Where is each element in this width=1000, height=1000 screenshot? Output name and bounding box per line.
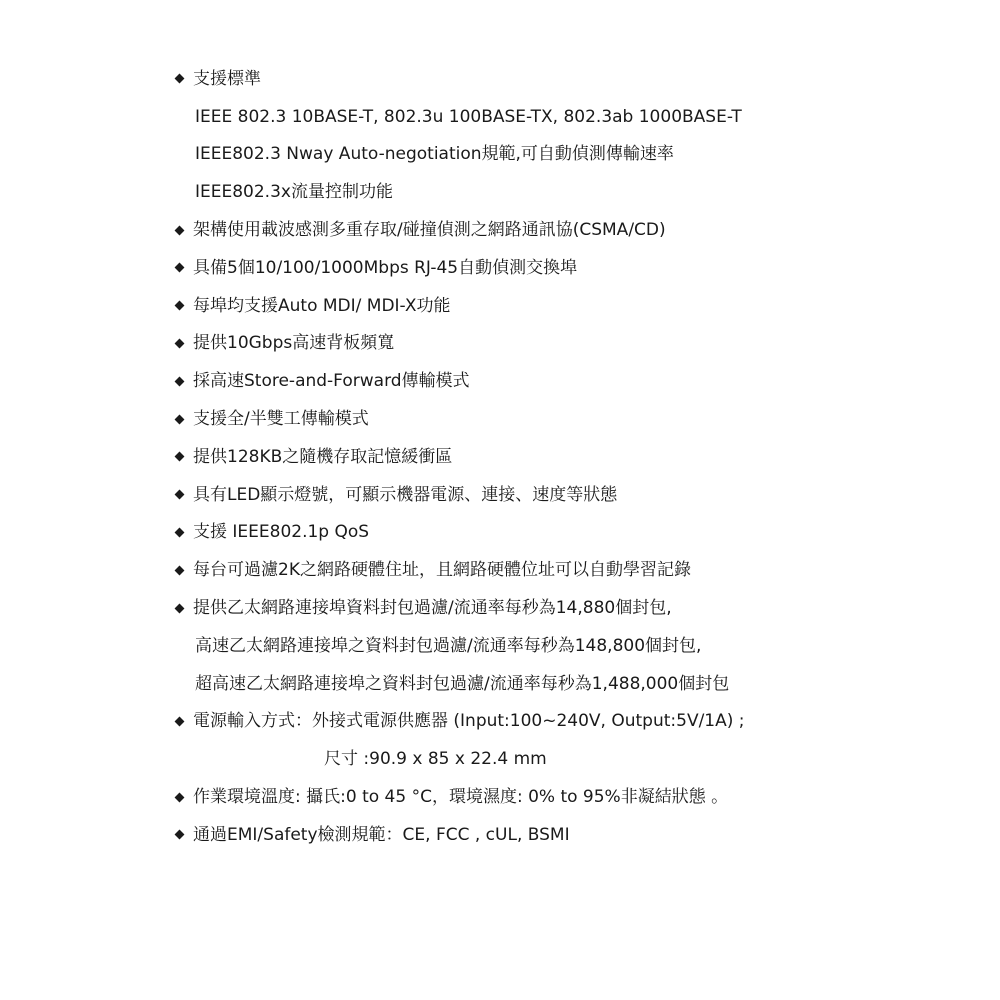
spec-line-duplex: 支援全/半雙工傳輸模式 <box>174 400 745 438</box>
spec-line-dimensions: 尺寸 :90.9 x 85 x 22.4 mm <box>174 740 745 778</box>
diamond-bullet-icon <box>175 490 185 500</box>
spec-line-environment: 作業環境溫度: 攝氏:0 to 45 °C，環境濕度: 0% to 95%非凝結… <box>174 778 745 816</box>
spec-text: 採高速Store-and-Forward傳輸模式 <box>193 366 470 396</box>
spec-line-buffer: 提供128KB之隨機存取記憶緩衝區 <box>174 438 745 476</box>
spec-text: 支援標準 <box>193 64 261 94</box>
diamond-bullet-icon <box>175 414 185 424</box>
diamond-bullet-icon <box>175 716 185 726</box>
spec-line-flow-control: IEEE802.3x流量控制功能 <box>174 173 745 211</box>
spec-text: 支援 IEEE802.1p QoS <box>193 517 369 547</box>
spec-text: 支援全/半雙工傳輸模式 <box>193 404 369 434</box>
diamond-bullet-icon <box>175 830 185 840</box>
spec-text: 高速乙太網路連接埠之資料封包過濾/流通率每秒為148,800個封包, <box>195 631 701 661</box>
spec-text: 提供乙太網路連接埠資料封包過濾/流通率每秒為14,880個封包, <box>193 593 672 623</box>
spec-text: 尺寸 :90.9 x 85 x 22.4 mm <box>324 744 547 774</box>
diamond-bullet-icon <box>175 301 185 311</box>
spec-line-filtering-fast: 高速乙太網路連接埠之資料封包過濾/流通率每秒為148,800個封包, <box>174 627 745 665</box>
spec-line-backplane: 提供10Gbps高速背板頻寬 <box>174 325 745 363</box>
spec-text: 具有LED顯示燈號，可顯示機器電源、連接、速度等狀態 <box>193 480 617 510</box>
spec-text: 超高速乙太網路連接埠之資料封包過濾/流通率每秒為1,488,000個封包 <box>195 669 729 699</box>
diamond-bullet-icon <box>175 376 185 386</box>
spec-line-ports: 具備5個10/100/1000Mbps RJ-45自動偵測交換埠 <box>174 249 745 287</box>
spec-text: 每台可過濾2K之網路硬體住址，且網路硬體位址可以自動學習記錄 <box>193 555 691 585</box>
spec-line-qos: 支援 IEEE802.1p QoS <box>174 514 745 552</box>
spec-line-power: 電源輸入方式：外接式電源供應器 (Input:100~240V, Output:… <box>174 703 745 741</box>
diamond-bullet-icon <box>175 339 185 349</box>
spec-text: 通過EMI/Safety檢測規範：CE, FCC , cUL, BSMI <box>193 820 570 850</box>
spec-line-mac-table: 每台可過濾2K之網路硬體住址，且網路硬體位址可以自動學習記錄 <box>174 551 745 589</box>
spec-line-ieee-8023: IEEE 802.3 10BASE-T, 802.3u 100BASE-TX, … <box>174 98 745 136</box>
spec-line-nway: IEEE802.3 Nway Auto-negotiation規範,可自動偵測傳… <box>174 136 745 174</box>
spec-text: 提供10Gbps高速背板頻寬 <box>193 328 394 358</box>
spec-line-standards: 支援標準 <box>174 60 745 98</box>
diamond-bullet-icon <box>175 603 185 613</box>
diamond-bullet-icon <box>175 565 185 575</box>
spec-text: 提供128KB之隨機存取記憶緩衝區 <box>193 442 452 472</box>
spec-text: IEEE 802.3 10BASE-T, 802.3u 100BASE-TX, … <box>195 102 742 132</box>
spec-line-led: 具有LED顯示燈號，可顯示機器電源、連接、速度等狀態 <box>174 476 745 514</box>
spec-text: 作業環境溫度: 攝氏:0 to 45 °C，環境濕度: 0% to 95%非凝結… <box>193 782 728 812</box>
diamond-bullet-icon <box>175 792 185 802</box>
spec-line-filtering-ethernet: 提供乙太網路連接埠資料封包過濾/流通率每秒為14,880個封包, <box>174 589 745 627</box>
spec-text: 每埠均支援Auto MDI/ MDI-X功能 <box>193 291 450 321</box>
spec-line-filtering-gigabit: 超高速乙太網路連接埠之資料封包過濾/流通率每秒為1,488,000個封包 <box>174 665 745 703</box>
spec-line-mdi-x: 每埠均支援Auto MDI/ MDI-X功能 <box>174 287 745 325</box>
spec-text: 電源輸入方式：外接式電源供應器 (Input:100~240V, Output:… <box>193 706 745 736</box>
diamond-bullet-icon <box>175 225 185 235</box>
diamond-bullet-icon <box>175 528 185 538</box>
diamond-bullet-icon <box>175 452 185 462</box>
diamond-bullet-icon <box>175 74 185 84</box>
spec-text: IEEE802.3x流量控制功能 <box>195 177 393 207</box>
spec-sheet: 支援標準 IEEE 802.3 10BASE-T, 802.3u 100BASE… <box>174 60 745 854</box>
diamond-bullet-icon <box>175 263 185 273</box>
spec-line-store-forward: 採高速Store-and-Forward傳輸模式 <box>174 362 745 400</box>
spec-text: IEEE802.3 Nway Auto-negotiation規範,可自動偵測傳… <box>195 139 674 169</box>
spec-line-certifications: 通過EMI/Safety檢測規範：CE, FCC , cUL, BSMI <box>174 816 745 854</box>
spec-text: 架構使用載波感測多重存取/碰撞偵測之網路通訊協(CSMA/CD) <box>193 215 666 245</box>
spec-line-csma-cd: 架構使用載波感測多重存取/碰撞偵測之網路通訊協(CSMA/CD) <box>174 211 745 249</box>
spec-text: 具備5個10/100/1000Mbps RJ-45自動偵測交換埠 <box>193 253 577 283</box>
